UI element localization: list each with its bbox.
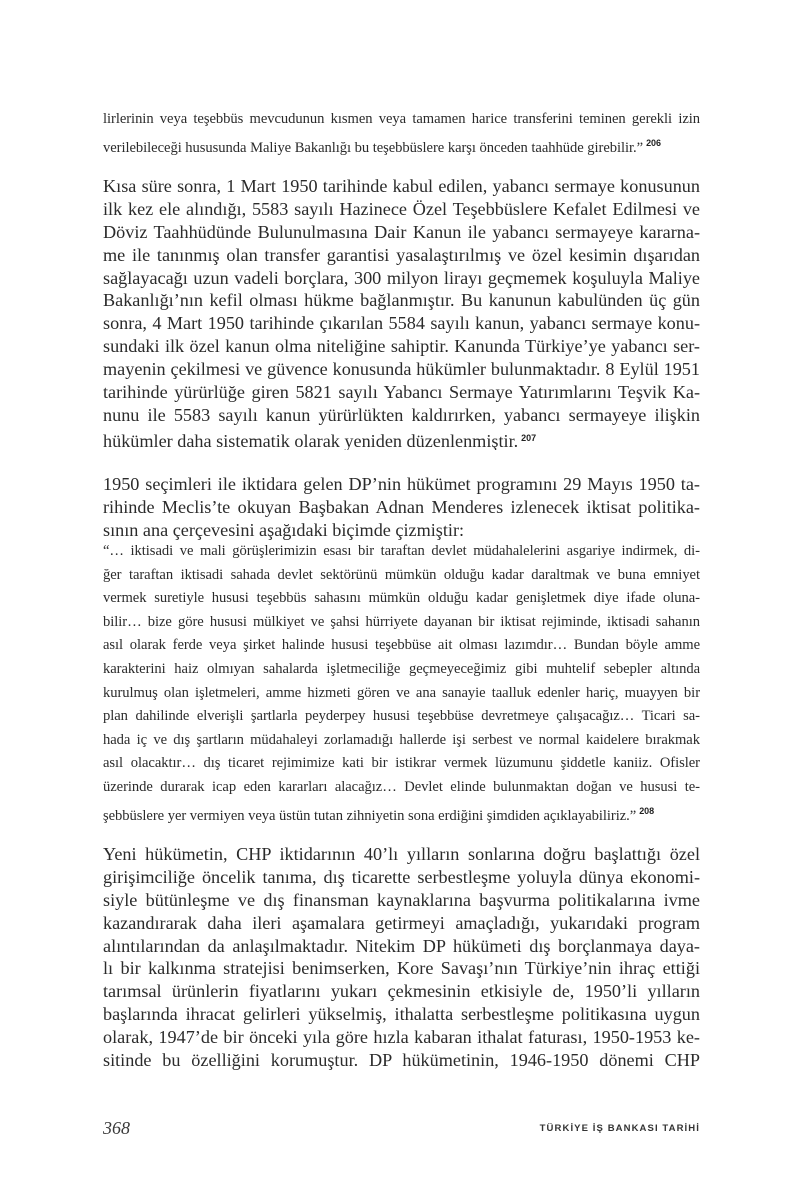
text-line: asıl olacaktır… dış ticaret rejimimize k…: [103, 752, 700, 776]
text-line: asıl olarak ferde veya şirket halinde hu…: [103, 634, 700, 658]
text-line: lı bir kalkınma stratejisi benimserken, …: [103, 957, 700, 980]
text-line: başlarında ihracat gelirleri yükselmiş, …: [103, 1003, 700, 1026]
text-line: ilk kez ele alındığı, 5583 sayılı Hazine…: [103, 198, 700, 221]
text-line: hada iç ve dış şartların müdahaleyi zorl…: [103, 729, 700, 753]
text-line: mayenin çekilmesi ve güvence konusunda h…: [103, 358, 700, 381]
book-page: lirlerinin veya teşebbüs mevcudunun kısm…: [103, 0, 700, 1200]
page-number: 368: [103, 1118, 130, 1139]
text-line: lirlerinin veya teşebbüs mevcudunun kısm…: [103, 108, 700, 132]
footnote-ref[interactable]: 208: [639, 806, 654, 816]
page-footer: 368 TÜRKİYE İŞ BANKASI TARİHİ: [103, 1118, 700, 1142]
text-line: 1950 seçimleri ile iktidara gelen DP’nin…: [103, 473, 700, 496]
text-line: girişimciliğe öncelik tanıma, dış ticare…: [103, 866, 700, 889]
text-line: Döviz Taahhüdünde Bulunulmasına Dair Kan…: [103, 221, 700, 244]
text-line: bilir… bize göre hususi mülkiyet ve şahs…: [103, 611, 700, 635]
running-title: TÜRKİYE İŞ BANKASI TARİHİ: [540, 1123, 700, 1134]
paragraph-new-government: Yeni hükümetin, CHP iktidarının 40’lı yı…: [103, 843, 700, 1072]
quote-continuation-206: lirlerinin veya teşebbüs mevcudunun kısm…: [103, 108, 700, 155]
text-line: karakterini haiz olmıyan sahalarda işlet…: [103, 658, 700, 682]
text-line: kurulmuş olan işletmeleri, amme hizmeti …: [103, 682, 700, 706]
text-line: şebbüslere yer vermiyen veya üstün tutan…: [103, 808, 636, 824]
text-line: “… iktisadi ve mali görüşlerimizin esası…: [103, 540, 700, 564]
text-line: sağlayacağı uzun vadeli borçlara, 300 mi…: [103, 267, 700, 290]
text-line: hükümler daha sistematik olarak yeniden …: [103, 431, 518, 450]
paragraph-foreign-capital-laws: Kısa süre sonra, 1 Mart 1950 tarihinde k…: [103, 175, 700, 450]
footnote-ref[interactable]: 206: [646, 138, 661, 148]
text-line: me ile tanınmış olan transfer garantisi …: [103, 244, 700, 267]
text-line-last: hükümler daha sistematik olarak yeniden …: [103, 427, 700, 450]
text-line: plan dahilinde elverişli şartlarla peyde…: [103, 705, 700, 729]
text-line: alıntılarından da anlaşılmaktadır. Nitek…: [103, 935, 700, 958]
text-line-last: verilebileceği hususunda Maliye Bakanlığ…: [103, 132, 700, 156]
text-line: ğer taraftan iktisadi sahada devlet sekt…: [103, 564, 700, 588]
text-line: siyle bütünleşme ve dış finansman kaynak…: [103, 889, 700, 912]
text-line: sitinde bu özelliğini korumuştur. DP hük…: [103, 1049, 700, 1072]
text-line: Yeni hükümetin, CHP iktidarının 40’lı yı…: [103, 843, 700, 866]
text-line: rihinde Meclis’te okuyan Başbakan Adnan …: [103, 496, 700, 519]
text-line: vermek suretiyle hususi teşebbüs sahasın…: [103, 587, 700, 611]
footnote-ref[interactable]: 207: [521, 433, 536, 443]
text-line-last: sının ana çerçevesini aşağıdaki biçimde …: [103, 519, 700, 542]
text-line: verilebileceği hususunda Maliye Bakanlığ…: [103, 140, 643, 156]
paragraph-dp-program-intro: 1950 seçimleri ile iktidara gelen DP’nin…: [103, 473, 700, 542]
text-line: tarihinde yürürlüğe giren 5821 sayılı Ya…: [103, 381, 700, 404]
text-line: Kısa süre sonra, 1 Mart 1950 tarihinde k…: [103, 175, 700, 198]
quote-menderes-program: “… iktisadi ve mali görüşlerimizin esası…: [103, 540, 700, 823]
text-line-last: şebbüslere yer vermiyen veya üstün tutan…: [103, 800, 700, 824]
text-line: üzerinde durarak icap eden kararları ala…: [103, 776, 700, 800]
text-line: nunu ile 5583 sayılı kanun yürürlükten k…: [103, 404, 700, 427]
text-line: Bakanlığı’nın kefil olması hükme bağlanm…: [103, 289, 700, 312]
text-line: sundaki ilk özel kanun olma niteliğine s…: [103, 335, 700, 358]
text-line: kazandırarak daha ileri aşamalara getirm…: [103, 912, 700, 935]
text-line: olarak, 1947’de bir önceki yıla göre hız…: [103, 1026, 700, 1049]
text-line: tarımsal ürünlerin fiyatlarını yukarı çe…: [103, 980, 700, 1003]
text-line: sonra, 4 Mart 1950 tarihinde çıkarılan 5…: [103, 312, 700, 335]
